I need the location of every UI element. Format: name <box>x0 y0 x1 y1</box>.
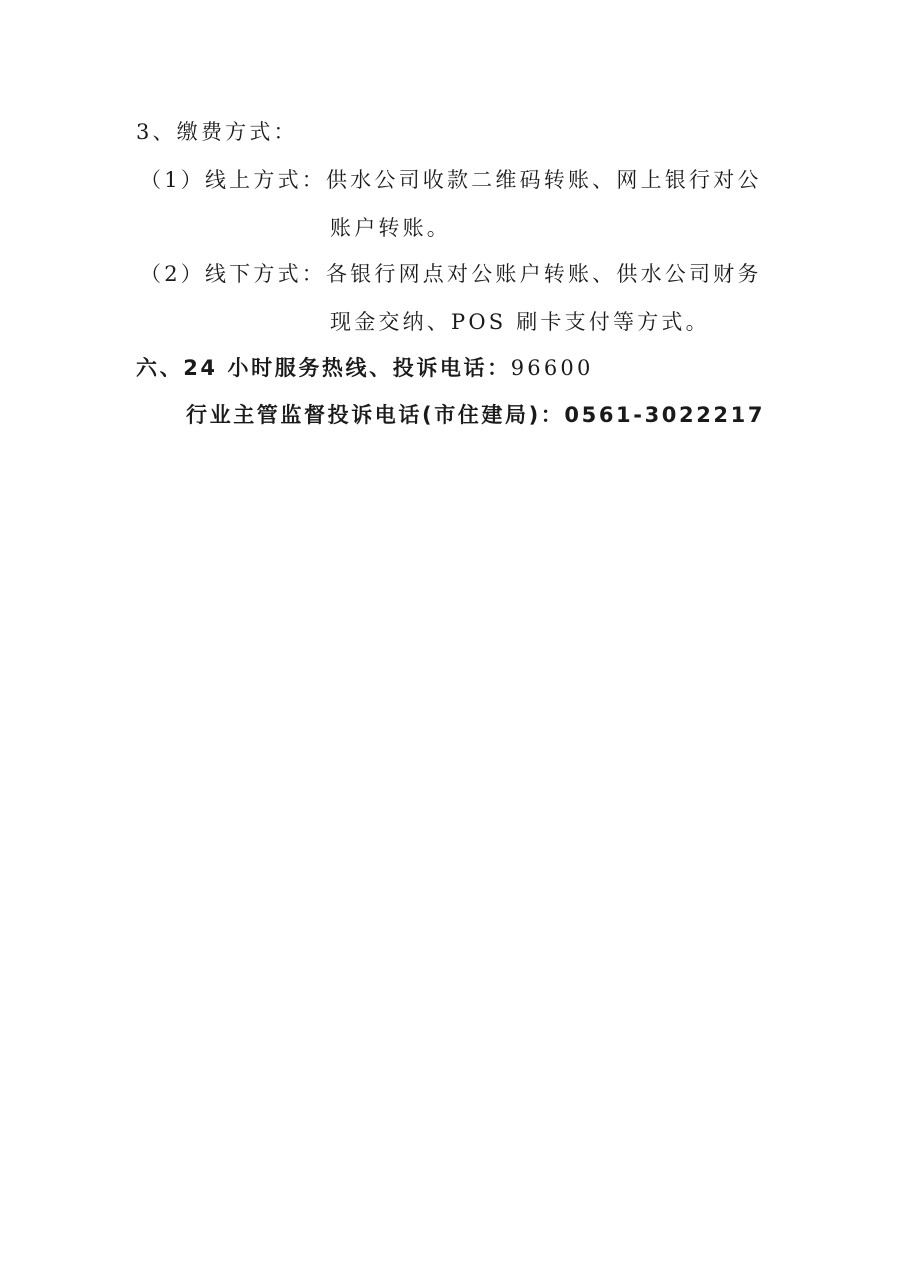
online-method-marker: （1） <box>140 168 205 192</box>
offline-method-line-2: 现金交纳、POS 刷卡支付等方式。 <box>330 308 710 336</box>
offline-method-text-continued: 现金交纳、POS 刷卡支付等方式。 <box>330 310 710 334</box>
offline-method-text: 各银行网点对公账户转账、供水公司财务 <box>326 262 762 286</box>
offline-method-label: 线下方式： <box>205 262 326 286</box>
online-method-line-2: 账户转账。 <box>330 214 451 242</box>
payment-methods-heading: 3、缴费方式： <box>136 118 298 146</box>
hotline-line: 六、24 小时服务热线、投诉电话：96600 <box>136 354 594 382</box>
online-method-label: 线上方式： <box>205 168 326 192</box>
supervision-phone: 0561-3022217 <box>564 403 765 427</box>
hotline-heading: 六、24 小时服务热线、投诉电话： <box>136 356 511 380</box>
online-method-line-1: （1）线上方式：供水公司收款二维码转账、网上银行对公 <box>140 166 762 194</box>
offline-method-marker: （2） <box>140 262 205 286</box>
online-method-text-continued: 账户转账。 <box>330 216 451 240</box>
supervision-line: 行业主管监督投诉电话(市住建局)：0561-3022217 <box>186 401 765 429</box>
supervision-label: 行业主管监督投诉电话(市住建局)： <box>186 403 564 427</box>
online-method-text: 供水公司收款二维码转账、网上银行对公 <box>326 168 762 192</box>
payment-methods-heading-text: 3、缴费方式： <box>136 120 298 144</box>
document-page: 3、缴费方式： （1）线上方式：供水公司收款二维码转账、网上银行对公 账户转账。… <box>0 0 900 1273</box>
offline-method-line-1: （2）线下方式：各银行网点对公账户转账、供水公司财务 <box>140 260 762 288</box>
hotline-number: 96600 <box>511 356 594 380</box>
